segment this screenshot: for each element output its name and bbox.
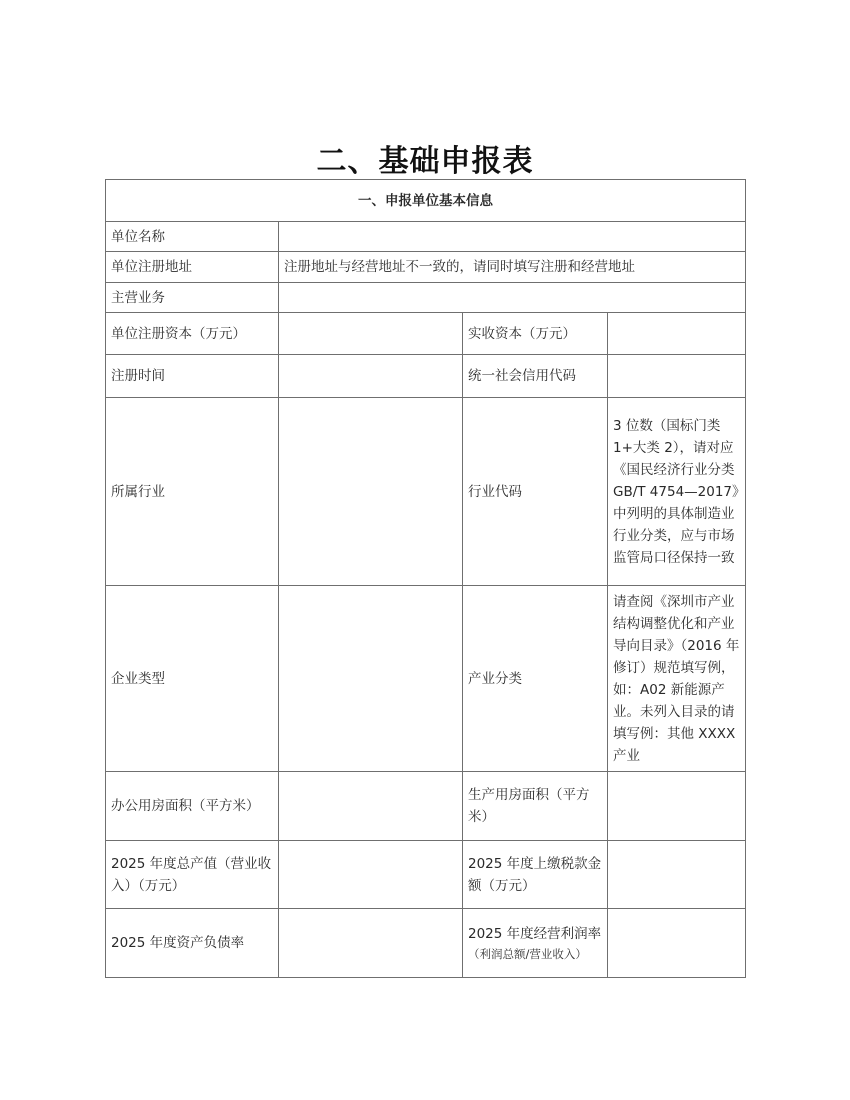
paid-in-capital-field[interactable] <box>608 313 746 355</box>
unit-name-label: 单位名称 <box>106 222 279 252</box>
total-output-label: 2025 年度总产值（营业收入）（万元） <box>106 841 279 909</box>
debt-ratio-label: 2025 年度资产负债率 <box>106 909 279 978</box>
main-business-label: 主营业务 <box>106 283 279 313</box>
production-area-field[interactable] <box>608 772 746 841</box>
credit-code-field[interactable] <box>608 355 746 398</box>
industry-label: 所属行业 <box>106 398 279 586</box>
enterprise-type-field[interactable] <box>279 586 463 772</box>
tax-paid-label: 2025 年度上缴税款金额（万元） <box>463 841 608 909</box>
registered-address-field[interactable]: 注册地址与经营地址不一致的，请同时填写注册和经营地址 <box>279 252 746 283</box>
paid-in-capital-label: 实收资本（万元） <box>463 313 608 355</box>
profit-margin-sublabel: （利润总额/营业收入） <box>468 945 602 963</box>
enterprise-type-label: 企业类型 <box>106 586 279 772</box>
registration-date-label: 注册时间 <box>106 355 279 398</box>
page-title: 二、基础申报表 <box>0 136 850 180</box>
basic-info-table: 一、申报单位基本信息 单位名称 单位注册地址 注册地址与经营地址不一致的，请同时… <box>105 179 746 978</box>
industry-category-label: 产业分类 <box>463 586 608 772</box>
registered-address-label: 单位注册地址 <box>106 252 279 283</box>
production-area-label: 生产用房面积（平方米） <box>463 772 608 841</box>
office-area-label: 办公用房面积（平方米） <box>106 772 279 841</box>
credit-code-label: 统一社会信用代码 <box>463 355 608 398</box>
industry-category-note[interactable]: 请查阅《深圳市产业结构调整优化和产业导向目录》（2016 年修订）规范填写例，如… <box>608 586 746 772</box>
industry-code-label: 行业代码 <box>463 398 608 586</box>
registration-date-field[interactable] <box>279 355 463 398</box>
profit-margin-field[interactable] <box>608 909 746 978</box>
industry-field[interactable] <box>279 398 463 586</box>
profit-margin-label-cell: 2025 年度经营利润率 （利润总额/营业收入） <box>463 909 608 978</box>
profit-margin-label: 2025 年度经营利润率 <box>468 923 602 945</box>
registered-capital-field[interactable] <box>279 313 463 355</box>
industry-code-note[interactable]: 3 位数（国标门类 1+大类 2），请对应《国民经济行业分类 GB/T 4754… <box>608 398 746 586</box>
total-output-field[interactable] <box>279 841 463 909</box>
registered-capital-label: 单位注册资本（万元） <box>106 313 279 355</box>
section-header: 一、申报单位基本信息 <box>106 180 746 222</box>
tax-paid-field[interactable] <box>608 841 746 909</box>
main-business-field[interactable] <box>279 283 746 313</box>
office-area-field[interactable] <box>279 772 463 841</box>
debt-ratio-field[interactable] <box>279 909 463 978</box>
unit-name-field[interactable] <box>279 222 746 252</box>
